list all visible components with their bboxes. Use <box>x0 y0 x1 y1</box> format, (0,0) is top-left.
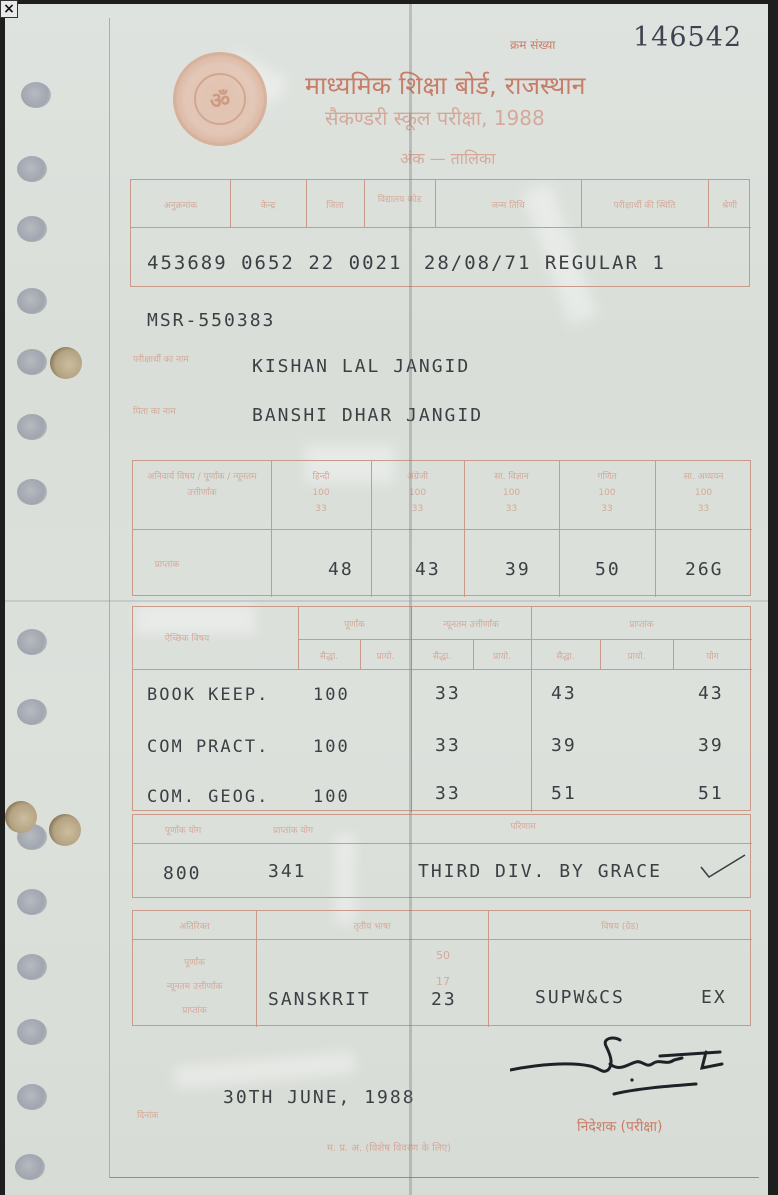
binder-hole <box>17 414 47 440</box>
score-english: 43 <box>415 559 441 580</box>
max-marks: 100 <box>313 737 350 757</box>
header-centre: केन्द्र <box>230 198 306 211</box>
grade-subject-header: विषय (ग्रेड) <box>488 919 752 932</box>
binder-hole <box>15 1154 45 1180</box>
score-science: 39 <box>505 559 531 580</box>
signatory-title: निदेशक (परीक्षा) <box>577 1117 662 1136</box>
theory-marks: 43 <box>551 683 577 704</box>
max-marks: 100 <box>313 685 350 705</box>
check-mark-icon <box>699 851 749 879</box>
candidate-status: REGULAR <box>545 252 639 274</box>
binder-hole <box>17 156 47 182</box>
theory-marks: 51 <box>551 783 577 804</box>
msr-number: MSR-550383 <box>147 310 275 331</box>
issue-date: 30TH JUNE, 1988 <box>223 1087 416 1108</box>
subject-hindi-header: हिन्दी 100 33 <box>271 469 371 517</box>
header-status: परीक्षार्थी की स्थिति <box>581 198 708 211</box>
exam-name: सैकण्डरी स्कूल परीक्षा, 1988 <box>325 104 545 131</box>
max-marks: 100 <box>313 787 350 807</box>
marksheet-document: क्रम संख्या 146542 ॐ माध्यमिक शिक्षा बोर… <box>5 4 768 1195</box>
name-label: परीक्षार्थी का नाम <box>133 352 189 365</box>
binder-hole <box>17 629 47 655</box>
header-category: श्रेणी <box>708 198 751 211</box>
subject-english-header: अंग्रेजी 100 33 <box>371 469 464 517</box>
obtained-total-label: प्राप्तांक योग <box>243 823 343 836</box>
score-hindi: 48 <box>328 559 354 580</box>
sub-header: प्रायो. <box>600 649 673 662</box>
total-marks: 43 <box>698 683 724 704</box>
binder-hole <box>21 82 51 108</box>
score-social: 26G <box>685 559 724 580</box>
compulsory-row-header: अनिवार्य विषय / पूर्णांक / न्यूनतम उत्ती… <box>137 469 267 501</box>
binder-hole <box>17 954 47 980</box>
punch-hole <box>50 347 82 379</box>
language-min: 17 <box>428 975 458 988</box>
group-min-header: न्यूनतम उत्तीर्णांक <box>411 617 531 630</box>
punch-hole <box>5 801 37 833</box>
binder-hole <box>17 479 47 505</box>
binder-hole <box>17 1019 47 1045</box>
min-marks: 33 <box>435 783 461 804</box>
binder-hole <box>17 699 47 725</box>
sub-header: योग <box>673 649 752 662</box>
third-language: SANSKRIT <box>268 989 371 1010</box>
obtained-label: प्राप्तांक <box>137 557 197 570</box>
additional-subjects-table: अतिरिक्त तृतीय भाषा विषय (ग्रेड) पूर्णां… <box>132 910 751 1026</box>
binder-hole <box>17 349 47 375</box>
subject-maths-header: गणित 100 33 <box>559 469 655 517</box>
header-school-code: विद्यालय कोड <box>364 192 435 205</box>
optional-subject-label: ऐच्छिक विषय <box>137 631 237 644</box>
row-label-obtained: प्राप्तांक <box>133 1003 256 1016</box>
optional-subjects-table: ऐच्छिक विषय पूर्णांक न्यूनतम उत्तीर्णांक… <box>132 606 751 811</box>
punch-hole <box>49 814 81 846</box>
subject-name: COM PRACT. <box>147 737 269 757</box>
binder-hole <box>17 216 47 242</box>
result-division: THIRD DIV. BY GRACE <box>418 861 662 882</box>
binder-hole <box>17 288 47 314</box>
min-marks: 33 <box>435 683 461 704</box>
sub-header: प्रायो. <box>360 649 411 662</box>
serial-number: 146542 <box>633 22 742 53</box>
header-roll-no: अनुक्रमांक <box>131 198 230 211</box>
close-button[interactable]: × <box>0 0 18 18</box>
score-maths: 50 <box>595 559 621 580</box>
father-name-label: पिता का नाम <box>133 404 176 417</box>
sub-header: प्रायो. <box>473 649 531 662</box>
result-table: पूर्णांक योग प्राप्तांक योग परिणाम 800 3… <box>132 814 751 898</box>
board-name: माध्यमिक शिक्षा बोर्ड, राजस्थान <box>305 68 586 102</box>
third-language-header: तृतीय भाषा <box>256 919 488 932</box>
header-district: जिला <box>306 198 364 211</box>
subject-name: BOOK KEEP. <box>147 685 269 705</box>
sub-header: सैद्धा. <box>531 649 600 662</box>
board-seal: ॐ <box>173 52 267 146</box>
total-marks: 39 <box>698 735 724 756</box>
sub-header: सैद्धा. <box>298 649 360 662</box>
third-language-score: 23 <box>431 989 457 1010</box>
footnote: म. प्र. अ. (विशेष विवरण के लिए) <box>327 1140 451 1154</box>
group-obtained-header: प्राप्तांक <box>531 617 752 630</box>
subject-science-header: सा. विज्ञान 100 33 <box>464 469 559 517</box>
subject-social-header: सा. अध्ययन 100 33 <box>655 469 752 517</box>
district-code: 22 <box>308 252 335 274</box>
info-row: 453689 0652 22 0021 28/08/71 REGULAR 1 <box>147 252 666 274</box>
candidate-name: KISHAN LAL JANGID <box>252 356 470 377</box>
binder-hole <box>17 1084 47 1110</box>
school-code: 0021 <box>349 252 403 274</box>
min-marks: 33 <box>435 735 461 756</box>
fold-crease-horizontal <box>5 600 768 602</box>
roll-number: 453689 <box>147 252 228 274</box>
category: 1 <box>652 252 665 274</box>
compulsory-subjects-table: अनिवार्य विषय / पूर्णांक / न्यूनतम उत्ती… <box>132 460 751 596</box>
header-dob: जन्म तिथि <box>435 198 581 211</box>
row-label-max: पूर्णांक <box>133 955 256 968</box>
additional-header: अतिरिक्त <box>133 919 256 932</box>
seal-emblem-icon: ॐ <box>176 85 264 115</box>
theory-marks: 39 <box>551 735 577 756</box>
date-of-birth: 28/08/71 <box>424 252 532 274</box>
centre-code: 0652 <box>241 252 295 274</box>
document-type: अंक — तालिका <box>400 147 495 169</box>
max-total-label: पूर्णांक योग <box>143 823 223 836</box>
result-label: परिणाम <box>463 819 583 832</box>
grade-subject: SUPW&CS <box>535 987 625 1008</box>
grade: EX <box>701 987 727 1008</box>
group-max-header: पूर्णांक <box>298 617 411 630</box>
sub-header: सैद्धा. <box>411 649 473 662</box>
row-label-min: न्यूनतम उत्तीर्णांक <box>133 979 256 992</box>
director-signature <box>510 1034 725 1109</box>
serial-label: क्रम संख्या <box>510 36 555 53</box>
father-name: BANSHI DHAR JANGID <box>252 405 483 426</box>
binder-hole <box>17 889 47 915</box>
subject-name: COM. GEOG. <box>147 787 269 807</box>
language-max: 50 <box>428 949 458 962</box>
max-total: 800 <box>163 863 202 884</box>
total-marks: 51 <box>698 783 724 804</box>
date-label: दिनांक <box>137 1108 158 1121</box>
obtained-total: 341 <box>268 861 307 882</box>
